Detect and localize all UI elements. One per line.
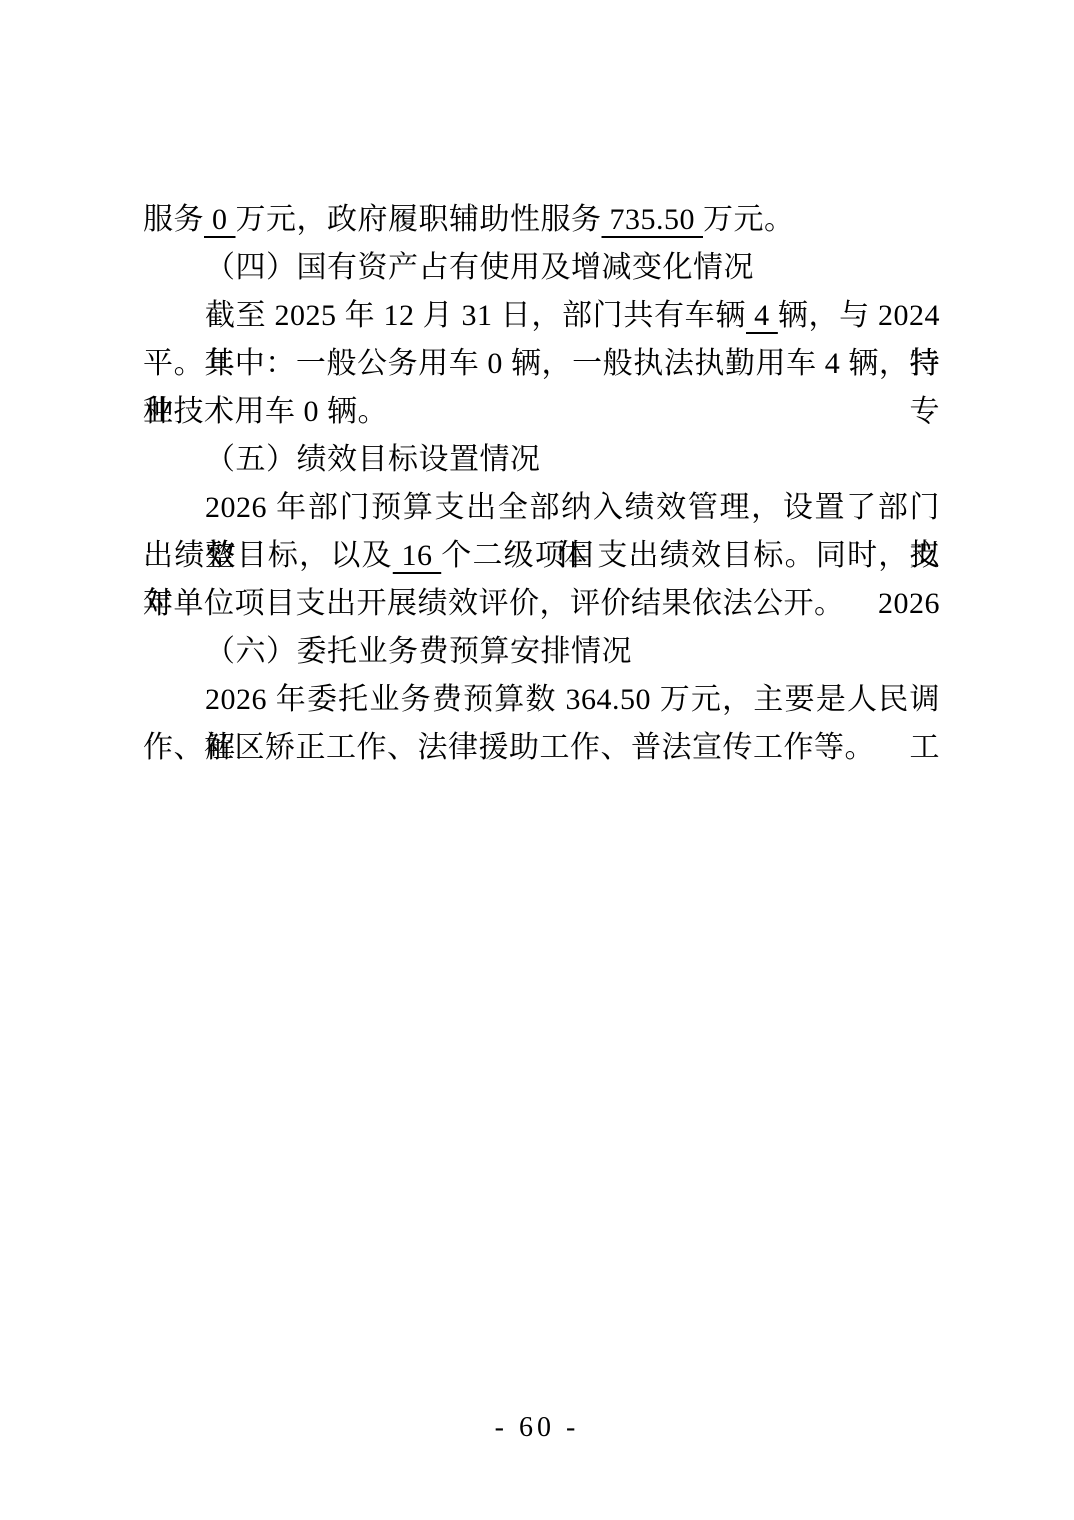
heading-section-6: （六）委托业务费预算安排情况 xyxy=(143,628,940,676)
document-page: 服务 0 万元，政府履职辅助性服务 735.50 万元。（四）国有资产占有使用及… xyxy=(0,0,1074,1520)
heading-section-5: （五）绩效目标设置情况 xyxy=(143,436,940,484)
text-segment: 截至 2025 年 12 月 31 日，部门共有车辆 xyxy=(205,299,746,332)
para-performance-line-1: 2026 年部门预算支出全部纳入绩效管理，设置了部门整体支 xyxy=(143,484,940,532)
para-entrusted-line-2: 作、社区矫正工作、法律援助工作、普法宣传工作等。 xyxy=(143,724,940,772)
text-segment: 业技术用车 0 辆。 xyxy=(143,395,388,428)
para-performance-line-3: 年单位项目支出开展绩效评价，评价结果依法公开。 xyxy=(143,580,940,628)
text-segment: （四）国有资产占有使用及增减变化情况 xyxy=(205,251,754,284)
para-assets-line-2: 平。其中：一般公务用车 0 辆，一般执法执勤用车 4 辆，特种专 xyxy=(143,340,940,388)
underlined-value: 16 xyxy=(393,539,441,572)
text-segment: 万元。 xyxy=(703,203,795,236)
text-segment: （五）绩效目标设置情况 xyxy=(205,443,541,476)
para-service-amounts: 服务 0 万元，政府履职辅助性服务 735.50 万元。 xyxy=(143,196,940,244)
heading-section-4: （四）国有资产占有使用及增减变化情况 xyxy=(143,244,940,292)
text-segment: 出绩效目标，以及 xyxy=(143,539,393,572)
page-number: - 60 - xyxy=(0,1404,1074,1452)
text-segment: 万元，政府履职辅助性服务 xyxy=(236,203,602,236)
para-performance-line-2: 出绩效目标，以及 16 个二级项目支出绩效目标。同时，拟对 2026 xyxy=(143,532,940,580)
underlined-value: 0 xyxy=(204,203,236,236)
text-segment: （六）委托业务费预算安排情况 xyxy=(205,635,632,668)
para-assets-line-1: 截至 2025 年 12 月 31 日，部门共有车辆 4 辆，与 2024 年持 xyxy=(143,292,940,340)
underlined-value: 735.50 xyxy=(602,203,704,236)
para-entrusted-line-1: 2026 年委托业务费预算数 364.50 万元，主要是人民调解工 xyxy=(143,676,940,724)
text-segment: 服务 xyxy=(143,203,204,236)
text-segment: 作、社区矫正工作、法律援助工作、普法宣传工作等。 xyxy=(143,731,875,764)
text-segment: 年单位项目支出开展绩效评价，评价结果依法公开。 xyxy=(143,587,845,620)
underlined-value: 4 xyxy=(746,299,778,332)
document-body: 服务 0 万元，政府履职辅助性服务 735.50 万元。（四）国有资产占有使用及… xyxy=(143,196,940,772)
